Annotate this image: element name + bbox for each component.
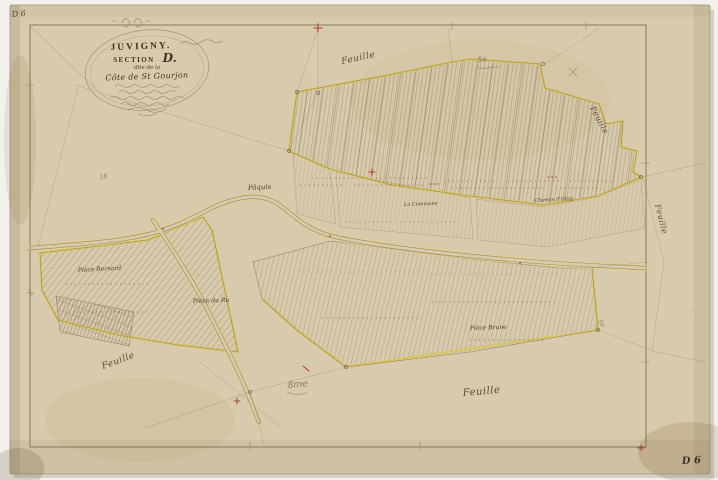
pencil-note-bottom-center: 8me [287, 379, 308, 391]
paper-edge-top [10, 5, 710, 17]
cartouche-section-word: SECTION [113, 56, 154, 64]
field-label-piece-du-ru: Pièce du Ru [192, 297, 230, 305]
corner-mark-top-left: D 6 [10, 9, 26, 19]
pencil-note-top-right: 5e [477, 55, 487, 64]
field-label-paquis: Pâquis [247, 183, 272, 192]
paper-stain [45, 378, 235, 462]
cadastral-map-scan: JUVIGNY. SECTION D. dite de la Côte de S… [0, 0, 718, 480]
cartouche-subtitle: dite de la [134, 65, 160, 71]
paper-stain [4, 55, 36, 225]
paper-edge-right [694, 5, 710, 474]
corner-mark-bottom-right: D 6 [681, 455, 702, 467]
field-label-la-commune: La Commune [403, 201, 438, 208]
scan-background: JUVIGNY. SECTION D. dite de la Côte de S… [0, 0, 718, 480]
pencil-note-upper-left: 16 [99, 173, 108, 181]
field-label-piece-brune: Pièce Brune [469, 324, 508, 332]
cartouche-section-letter: D. [162, 51, 177, 65]
